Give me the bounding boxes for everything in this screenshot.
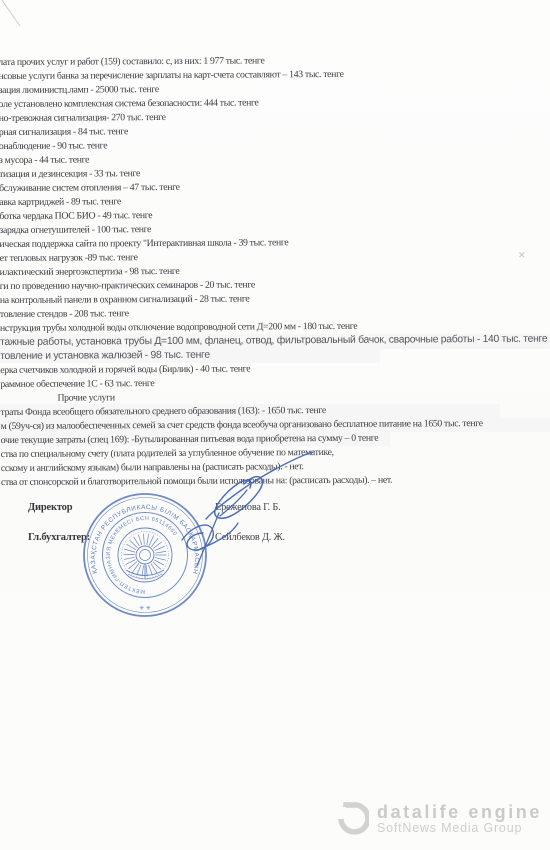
document-line: нсовые услуги банка за перечисление зарп… — [0, 68, 344, 83]
datalife-engine-logo-icon — [337, 802, 369, 836]
director-signature — [215, 477, 263, 519]
document-line: нструкция трубы холодной воды отключение… — [0, 320, 357, 335]
document-line: рная сигнализация - 84 тыс. тенге — [0, 125, 128, 139]
document-line: авка картриджей - 89 тыс. тенге — [0, 195, 121, 209]
watermark-brand: DataLife Engine — [377, 803, 542, 822]
document-line: ическая поддержка сайта по проекту "Инте… — [0, 236, 288, 251]
document-line: лата прочих услуг и работ (159) составил… — [0, 54, 264, 69]
document-line: ерка счетчиков холодной и горячей воды (… — [0, 362, 250, 377]
document-line: илактический энергоэкспертиза - 98 тыс. … — [0, 265, 179, 279]
director-signature — [206, 452, 312, 519]
document-line: траты Фонда всеобщего обязательного сред… — [0, 404, 325, 419]
document-line: зация люминистц.ламп - 25000 тыс. тенге — [0, 83, 159, 97]
scanned-document-page: ✕ лата прочих услуг и работ (159) состав… — [0, 0, 550, 850]
signature-role-label: Директор — [28, 502, 72, 513]
document-line: ги по проведению научно-практических сем… — [0, 278, 255, 293]
document-line: зарядка огнетушителей - 100 тыс. тенге — [0, 223, 151, 237]
stamp-bottom-marks: ✳ ✳ — [139, 605, 151, 612]
document-line: раммное обеспечение 1С - 63 тыс. тенге — [0, 377, 154, 391]
document-line: з мусора - 44 тыс. тенге — [0, 153, 89, 167]
document-line: тажные работы, установка трубы Д=100 мм,… — [0, 333, 547, 349]
document-line: на контрольный панели в охранном сигнали… — [0, 292, 249, 307]
document-line: товление стендов - 208 тыс. тенге — [0, 307, 129, 321]
accountant-signature — [197, 513, 219, 566]
document-line: оле установлено комплексная система безо… — [0, 96, 259, 111]
document-line: онаблюдение - 90 тыс. тенге — [0, 139, 107, 153]
document-line: ет тепловых нагрузок -89 тыс. тенге — [0, 251, 138, 265]
document-line: ботка чердака ПОС БИО - 49 тыс. тенге — [0, 209, 152, 223]
document-line: товление и установка жалюзей - 98 тыс. т… — [0, 349, 210, 363]
watermark: DataLife Engine SoftNews Media Group — [337, 802, 542, 836]
pen-signatures — [140, 428, 350, 588]
watermark-subtitle: SoftNews Media Group — [377, 822, 542, 835]
document-line: тизация и дезинсекция - 33 ты. тенге — [0, 167, 140, 181]
document-line: но-тревожная сигнализация- 270 тыс. тенг… — [0, 111, 166, 125]
document-line: бслуживание систем отопления – 47 тыс. т… — [0, 181, 180, 195]
document-line: Прочие услуги — [57, 391, 114, 404]
